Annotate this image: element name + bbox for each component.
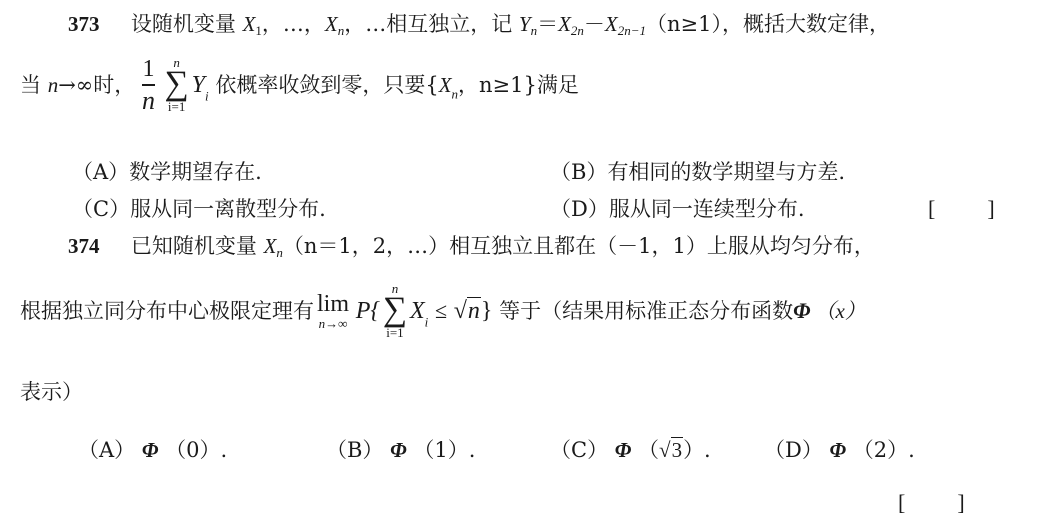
option-374-b: （B） Φ （1）. bbox=[326, 438, 475, 462]
problem-373-line-1: 373 设随机变量 X1，…，Xn，…相互独立，记 Yn＝X2n－X2n−1（n… bbox=[68, 12, 890, 36]
phi-symbol: Φ bbox=[793, 298, 810, 323]
summation: n ∑ i=1 bbox=[380, 282, 410, 340]
problem-number: 373 bbox=[68, 12, 100, 36]
square-root: √3 bbox=[659, 438, 683, 462]
answer-bracket-374[interactable]: [] bbox=[898, 490, 965, 516]
problem-374-line-1: 374 已知随机变量 Xn（n＝1，2，…）相互独立且都在（－1，1）上服从均匀… bbox=[68, 234, 875, 258]
option-373-b: （B）有相同的数学期望与方差. bbox=[550, 160, 845, 184]
option-374-d: （D） Φ （2）. bbox=[764, 438, 915, 462]
option-374-a: （A） Φ （0）. bbox=[78, 438, 227, 462]
answer-bracket-373[interactable]: [] bbox=[928, 196, 995, 222]
phi-symbol: Φ bbox=[390, 438, 407, 462]
option-373-a: （A）数学期望存在. bbox=[72, 160, 262, 184]
option-373-d: （D）服从同一连续型分布. bbox=[550, 197, 805, 221]
fraction-one-over-n: 1 n bbox=[142, 56, 155, 114]
option-373-c: （C）服从同一离散型分布. bbox=[72, 197, 326, 221]
option-374-c: （C） Φ （√3）. bbox=[550, 438, 711, 462]
phi-symbol: Φ bbox=[142, 438, 159, 462]
problem-number: 374 bbox=[68, 234, 100, 258]
problem-373-line-2: 当 n→∞时， 1 n n ∑ i=1 Yi 依概率收敛到零，只要{Xn，n≥1… bbox=[20, 56, 579, 114]
problem-374-line-3: 表示） bbox=[20, 380, 83, 404]
summation: n ∑ i=1 bbox=[162, 56, 192, 114]
square-root: √n bbox=[454, 299, 481, 323]
phi-symbol: Φ bbox=[830, 438, 847, 462]
problem-374-line-2: 根据独立同分布中心极限定理有 lim n→∞ P{ n ∑ i=1 Xi ≤ √… bbox=[20, 282, 866, 340]
phi-symbol: Φ bbox=[615, 438, 632, 462]
limit: lim n→∞ bbox=[317, 291, 349, 331]
